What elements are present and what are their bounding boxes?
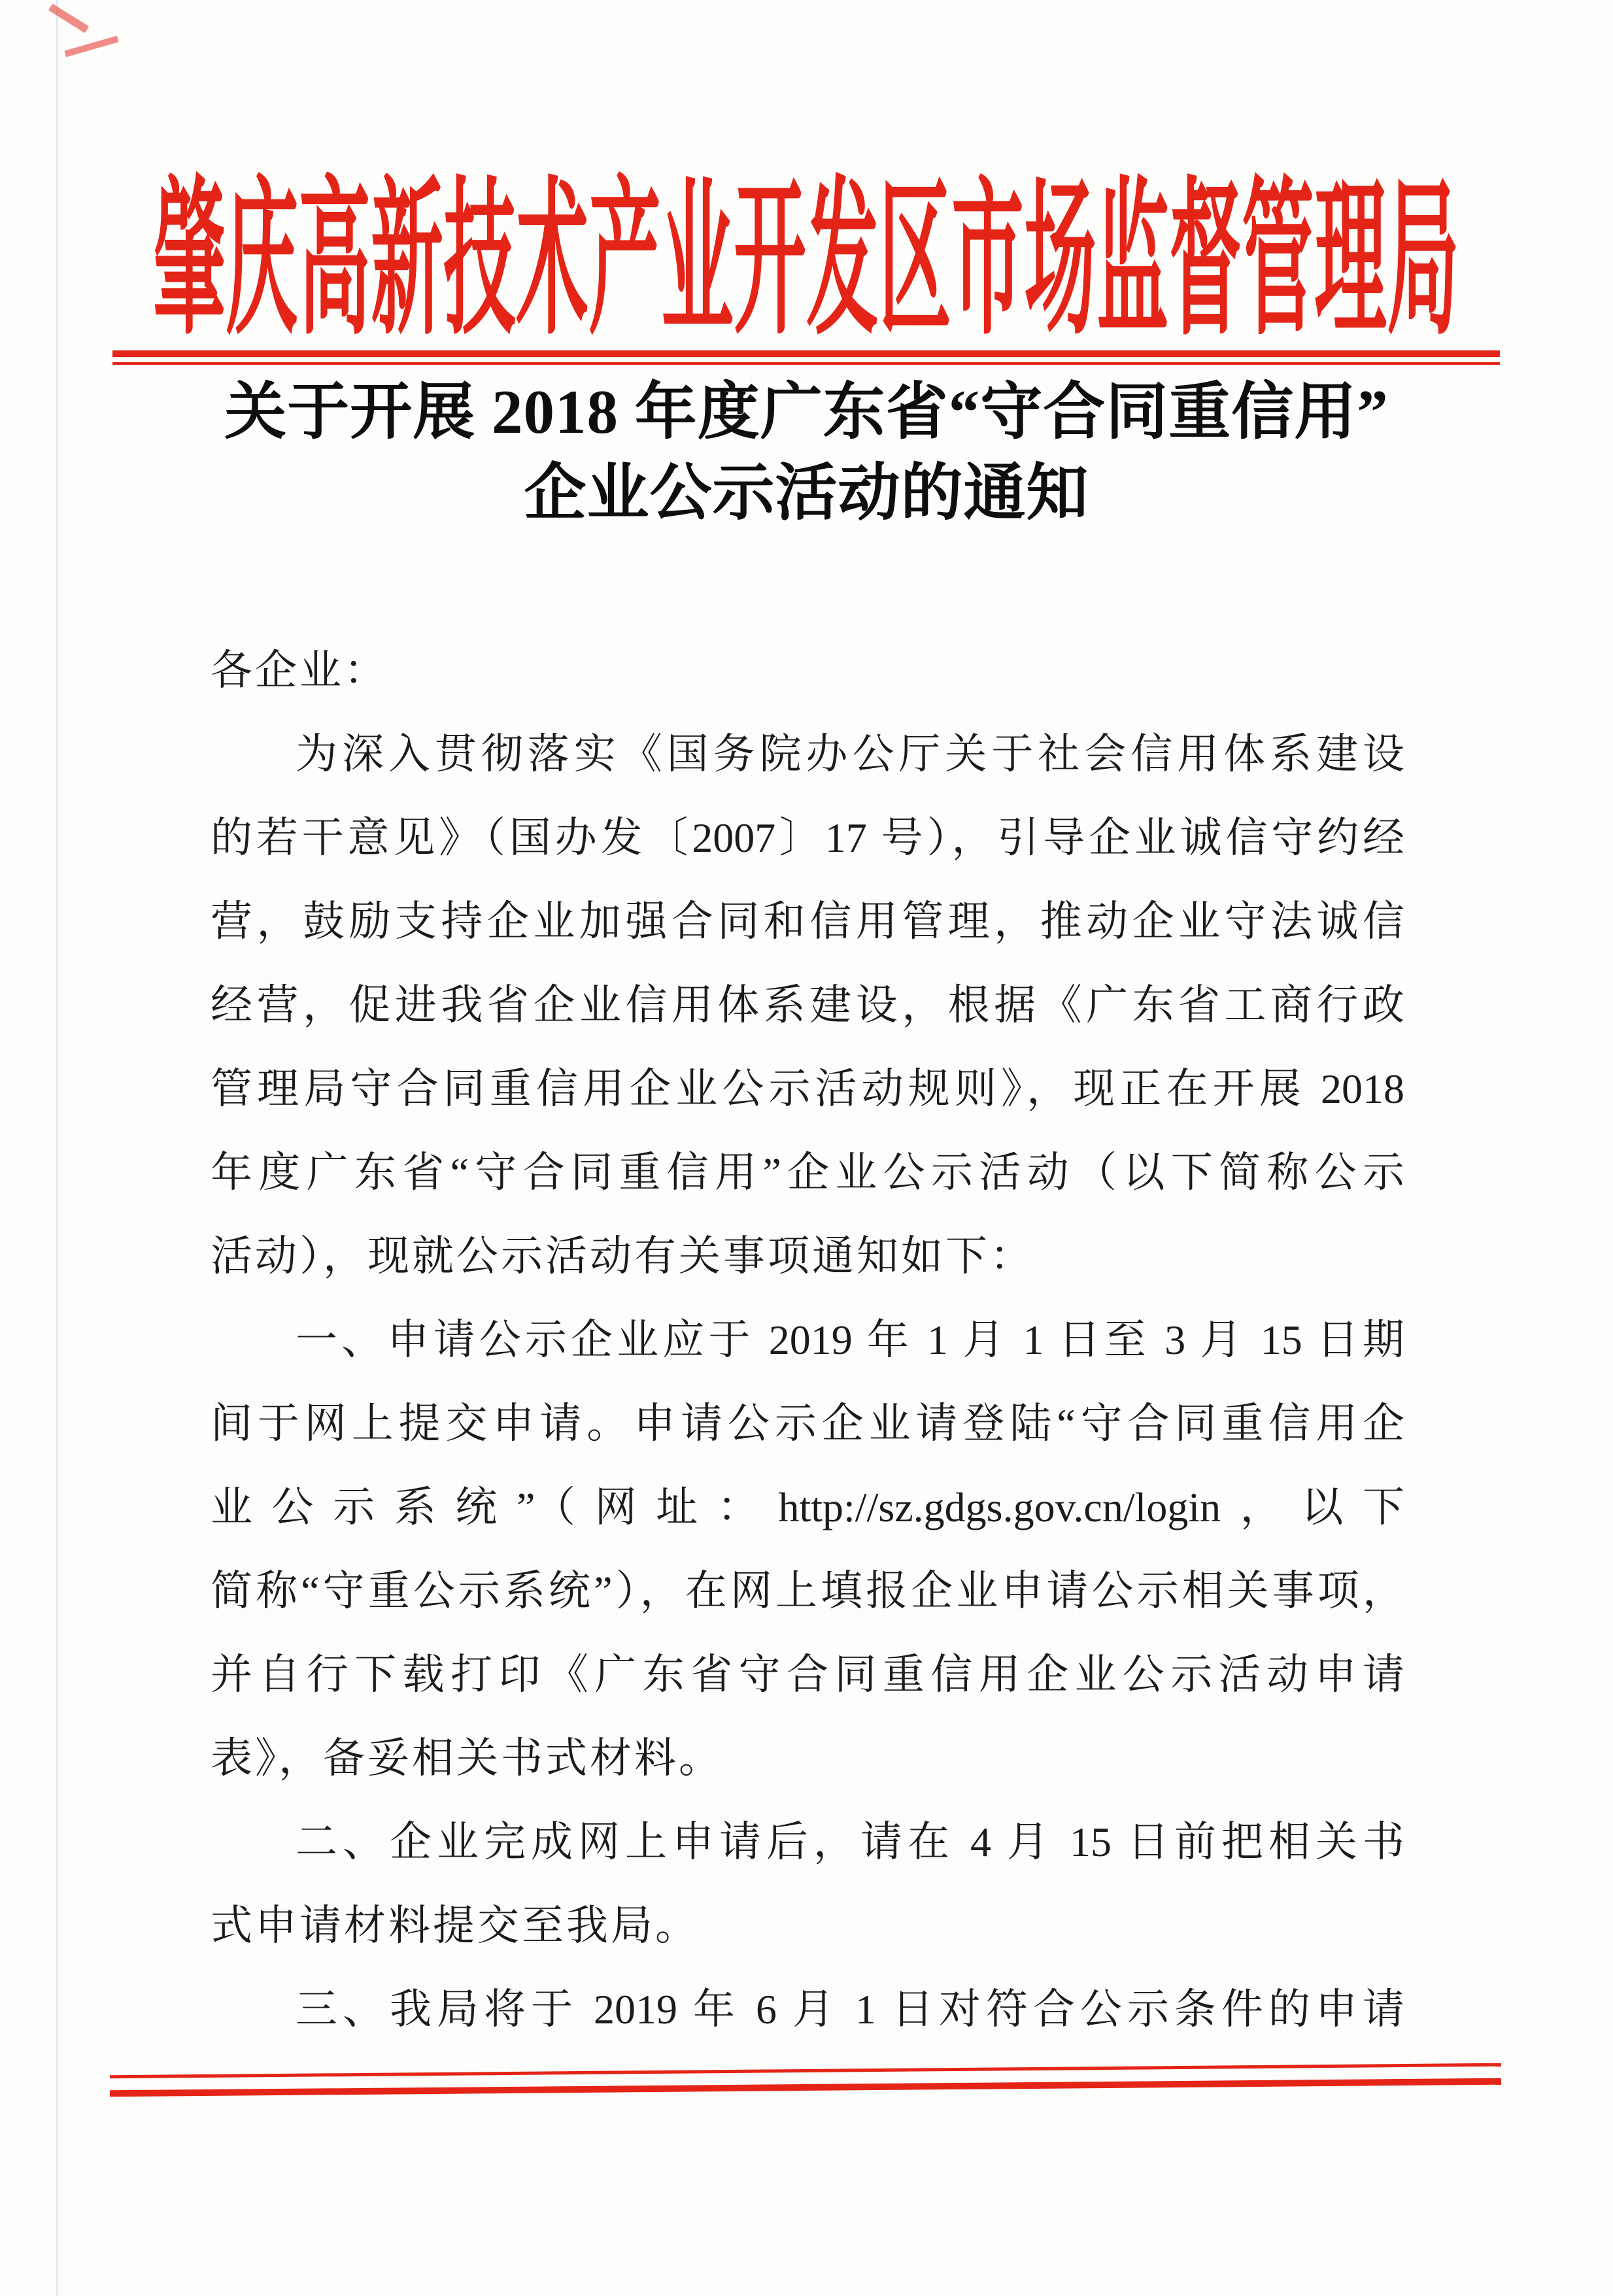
body-line: 式申请材料提交至我局。 — [211, 1884, 1404, 1968]
body-line: 的若干意见》（国办发〔2007〕17 号），引导企业诚信守约经 — [211, 796, 1404, 880]
body-line-salutation: 各企业： — [211, 629, 1404, 713]
body-line: 年度广东省“守合同重信用”企业公示活动（以下简称公示 — [211, 1131, 1404, 1215]
body-line-url: 业公示系统”（网址：http://sz.gdgs.gov.cn/login，以下 — [211, 1466, 1404, 1549]
agency-name-header: 肇庆高新技术产业开发区市场监督管理局 — [0, 177, 1613, 346]
red-scan-mark-artifact — [64, 36, 119, 58]
document-title-line-2: 企业公示活动的通知 — [0, 452, 1613, 533]
header-rule-thick — [112, 350, 1500, 357]
body-line: 活动），现就公示活动有关事项通知如下： — [211, 1215, 1404, 1298]
body-line-item-3: 三、我局将于 2019 年 6 月 1 日对符合公示条件的申请 — [211, 1968, 1404, 2051]
footer-rule-thick — [110, 2078, 1501, 2097]
body-line: 为深入贯彻落实《国务院办公厅关于社会信用体系建设 — [211, 713, 1404, 796]
body-line: 表》，备妥相关书式材料。 — [211, 1717, 1404, 1800]
header-rule-thin — [112, 362, 1500, 365]
document-body: 各企业： 为深入贯彻落实《国务院办公厅关于社会信用体系建设 的若干意见》（国办发… — [211, 629, 1404, 2051]
scanned-document-page: 肇庆高新技术产业开发区市场监督管理局 关于开展 2018 年度广东省“守合同重信… — [0, 0, 1613, 2296]
red-scan-mark-artifact — [48, 3, 89, 33]
body-line: 营，鼓励支持企业加强合同和信用管理，推动企业守法诚信 — [211, 880, 1404, 964]
body-line: 管理局守合同重信用企业公示活动规则》，现正在开展 2018 — [211, 1047, 1404, 1131]
body-line: 简称“守重公示系统”），在网上填报企业申请公示相关事项， — [211, 1549, 1404, 1633]
document-title-line-1: 关于开展 2018 年度广东省“守合同重信用” — [0, 371, 1613, 452]
body-line-item-2: 二、企业完成网上申请后，请在 4 月 15 日前把相关书 — [211, 1800, 1404, 1884]
body-line: 间于网上提交申请。申请公示企业请登陆“守合同重信用企 — [211, 1382, 1404, 1466]
document-title: 关于开展 2018 年度广东省“守合同重信用” 企业公示活动的通知 — [0, 371, 1613, 533]
body-line: 经营，促进我省企业信用体系建设，根据《广东省工商行政 — [211, 964, 1404, 1047]
footer-rule-thin — [110, 2063, 1501, 2079]
body-line: 并自行下载打印《广东省守合同重信用企业公示活动申请 — [211, 1633, 1404, 1717]
body-line-item-1: 一、申请公示企业应于 2019 年 1 月 1 日至 3 月 15 日期 — [211, 1298, 1404, 1382]
